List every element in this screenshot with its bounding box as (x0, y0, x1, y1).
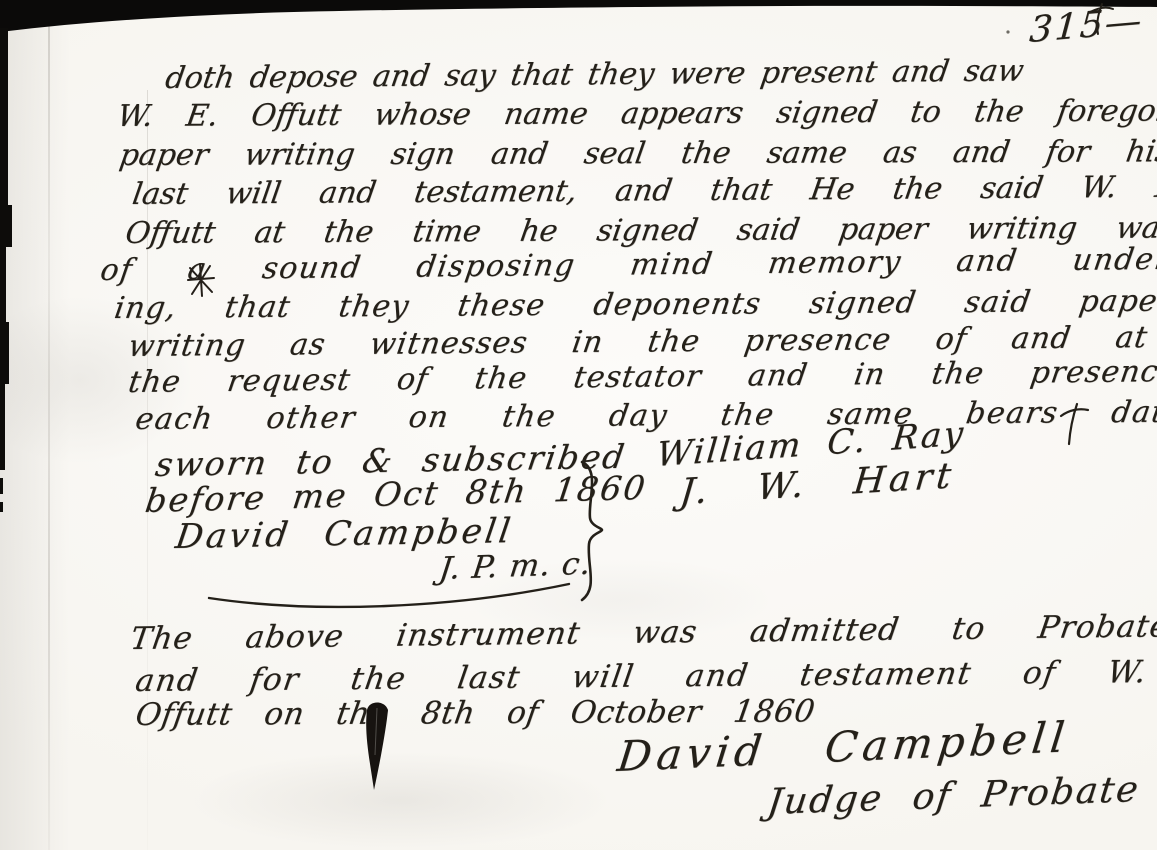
attestation-signer-title: J. P. m. c. (437, 547, 593, 588)
left-edge-shadow (0, 28, 12, 512)
probate-line-2: and for the last will and testament of W… (133, 654, 1157, 699)
ink-speck (1004, 28, 1012, 36)
body-line-2: W. E. Offutt whose name appears signed t… (115, 94, 1157, 134)
body-line-4: last will and testament, and that He the… (130, 171, 1157, 213)
page-number: 315— (1028, 0, 1145, 51)
scanned-document-page: 315— doth depose and say that they were … (0, 0, 1157, 850)
top-edge-shadow (0, 0, 1157, 32)
probate-line-1: The above instrument was admitted to Pro… (128, 608, 1157, 657)
body-line-7: ing, that they these deponents signed sa… (112, 285, 1157, 327)
body-line-10: each other on the day the same bears dat… (133, 396, 1157, 438)
judge-signature-title: Judge of Probate (765, 769, 1142, 823)
body-line-3: paper writing sign and seal the same as … (117, 135, 1157, 173)
body-line-1: doth depose and say that they were prese… (163, 55, 1026, 97)
fold-crease-left (48, 0, 50, 850)
